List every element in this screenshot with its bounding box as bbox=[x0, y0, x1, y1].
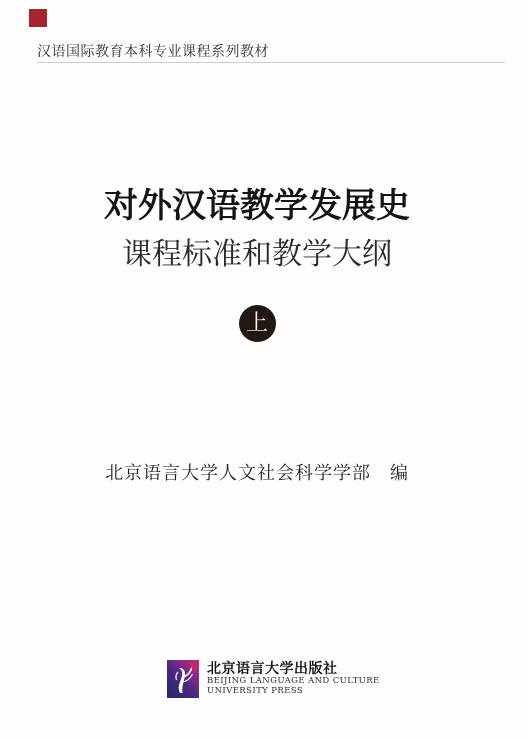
series-rule-divider bbox=[37, 62, 505, 63]
series-label: 汉语国际教育本科专业课程系列教材 bbox=[37, 41, 269, 61]
phoenix-bird-logo-icon bbox=[167, 660, 199, 698]
publisher-text: 北京语言大学出版社 BEIJING LANGUAGE AND CULTURE U… bbox=[207, 660, 380, 696]
book-cover: 汉语国际教育本科专业课程系列教材 对外汉语教学发展史 课程标准和教学大纲 上 北… bbox=[0, 0, 529, 739]
series-accent-square-icon bbox=[29, 9, 47, 27]
publisher-name-cn: 北京语言大学出版社 bbox=[207, 661, 380, 677]
volume-badge-wrap: 上 bbox=[0, 305, 514, 342]
publisher-name-en-line2: UNIVERSITY PRESS bbox=[207, 687, 380, 697]
publisher-block: 北京语言大学出版社 BEIJING LANGUAGE AND CULTURE U… bbox=[167, 660, 380, 698]
author-line: 北京语言大学人文社会科学学部 编 bbox=[0, 459, 514, 485]
book-title: 对外汉语教学发展史 bbox=[0, 186, 514, 226]
book-subtitle: 课程标准和教学大纲 bbox=[0, 237, 514, 273]
volume-badge: 上 bbox=[239, 305, 276, 342]
